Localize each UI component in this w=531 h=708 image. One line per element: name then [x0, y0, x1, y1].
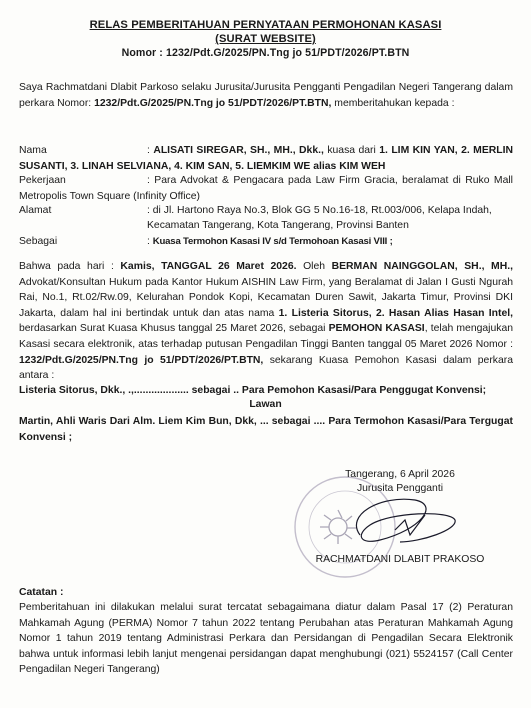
body-paragraph: Bahwa pada hari : Kamis, TANGGAL 26 Mare…	[19, 259, 513, 384]
notes-heading: Catatan :	[19, 585, 513, 601]
nama-label: Nama	[19, 143, 147, 159]
signature-block: Tangerang, 6 April 2026 Jurusita Penggan…	[300, 468, 500, 496]
recipient-name: Nama: ALISATI SIREGAR, SH., MH., Dkk., k…	[19, 143, 513, 174]
place-date: Tangerang, 6 April 2026	[300, 468, 500, 482]
pekerjaan-label: Pekerjaan	[19, 173, 147, 189]
document-title: RELAS PEMBERITAHUAN PERNYATAAN PERMOHONA…	[0, 19, 531, 31]
signer-name: RACHMATDANI DLABIT PRAKOSO	[300, 553, 500, 567]
party-respondent: Martin, Ahli Waris Dari Alm. Liem Kim Bu…	[19, 414, 513, 445]
signature-mark	[340, 490, 460, 550]
party-petitioner: Listeria Sitorus, Dkk., .,..............…	[19, 383, 513, 399]
case-number: 1232/Pdt.G/2025/PN.Tng jo 51/PDT/2026/PT…	[94, 98, 331, 109]
recipient-address: Alamat : di Jl. Hartono Raya No.3, Blok …	[19, 203, 513, 235]
document-page: RELAS PEMBERITAHUAN PERNYATAAN PERMOHONA…	[0, 0, 531, 708]
intro-paragraph: Saya Rachmatdani Dlabit Parkoso selaku J…	[19, 80, 513, 111]
document-subtitle: (SURAT WEBSITE)	[0, 33, 531, 45]
signer-position: Jurusita Pengganti	[300, 482, 500, 496]
document-number: Nomor : 1232/Pdt.G/2025/PN.Tng jo 51/PDT…	[0, 47, 531, 59]
versus-label: Lawan	[0, 399, 531, 410]
notes-text: Pemberitahuan ini dilakukan melalui sura…	[19, 600, 513, 678]
sebagai-label: Sebagai	[19, 234, 57, 249]
alamat-label: Alamat	[19, 203, 51, 218]
recipient-occupation: Pekerjaan: Para Advokat & Pengacara pada…	[19, 173, 513, 204]
